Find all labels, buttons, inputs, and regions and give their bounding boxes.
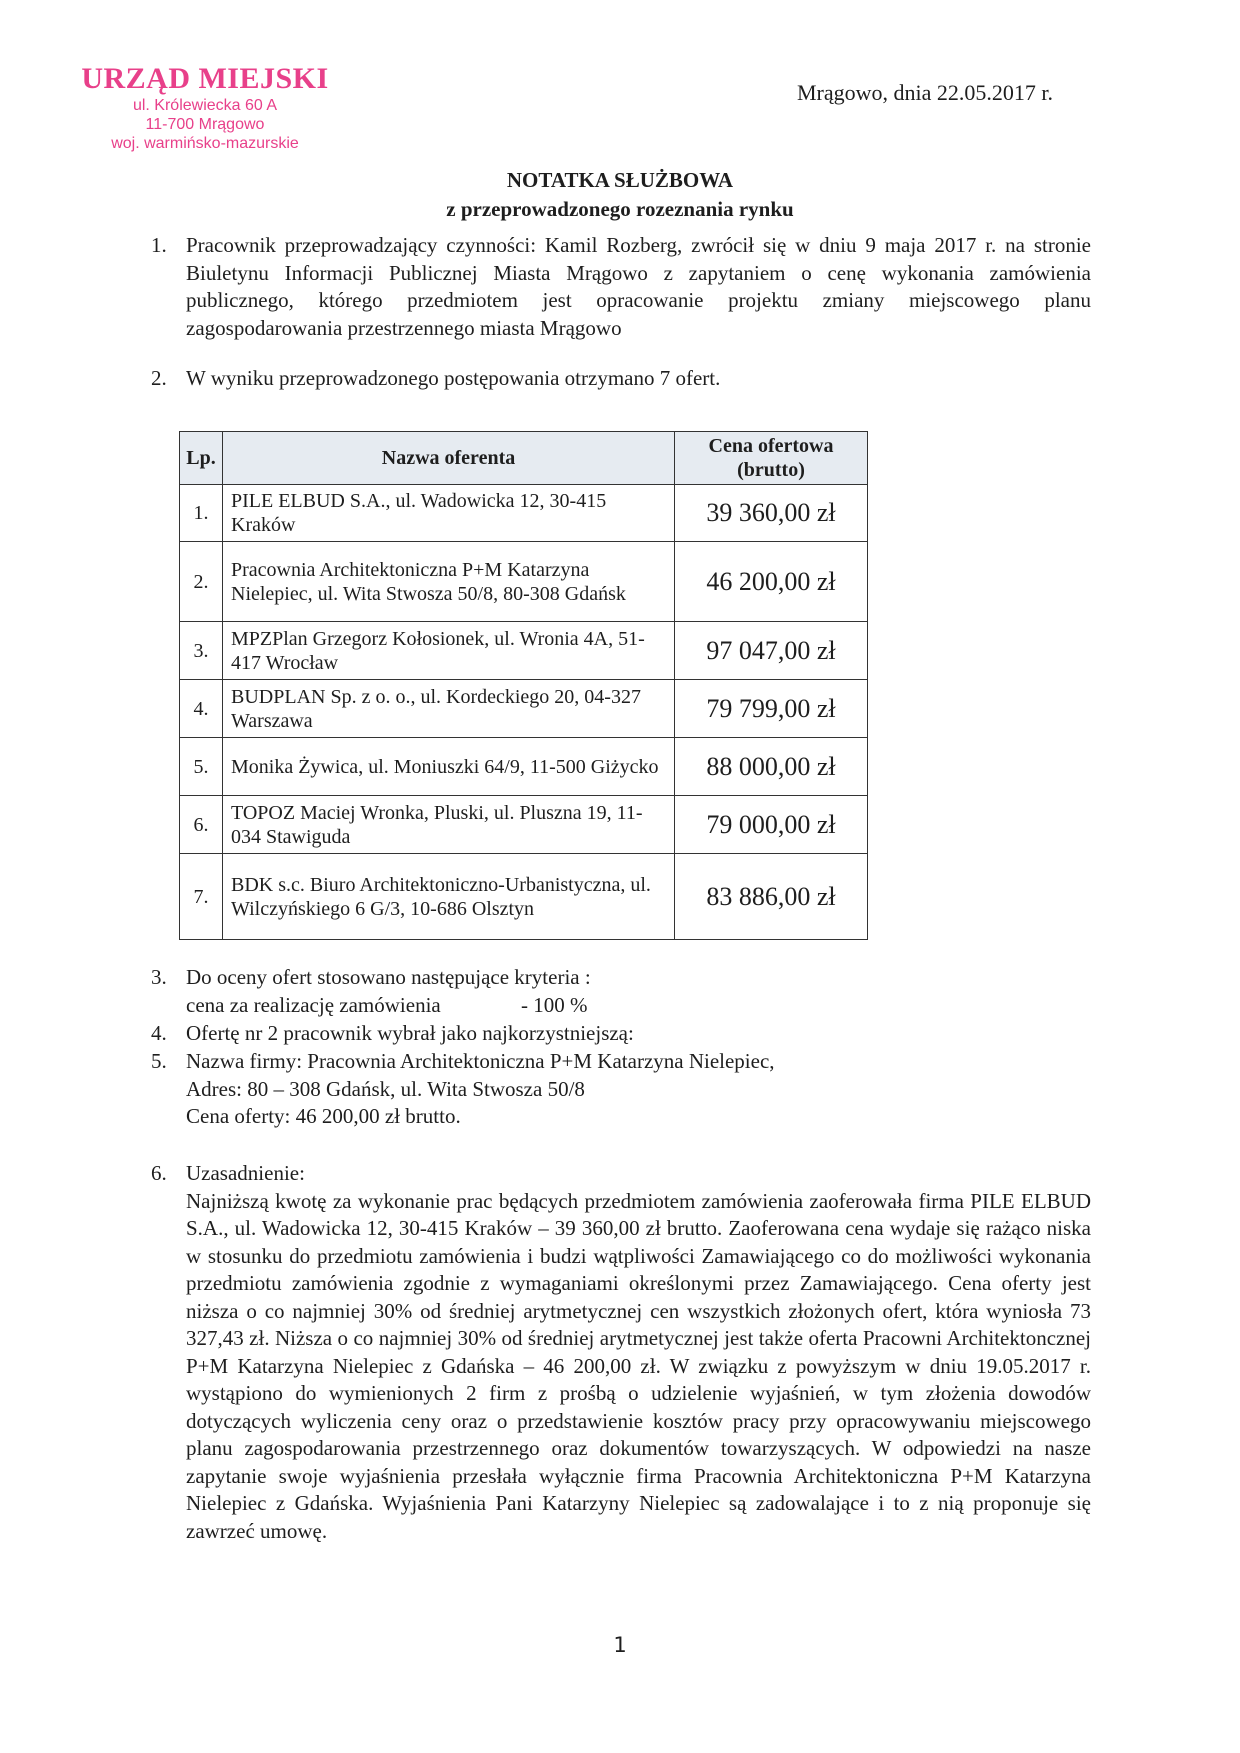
row-name: Monika Żywica, ul. Moniuszki 64/9, 11-50… — [223, 738, 675, 796]
stamp-title: URZĄD MIEJSKI — [70, 62, 340, 96]
row-price: 46 200,00 zł — [675, 542, 868, 622]
row-lp: 2. — [180, 542, 223, 622]
list-item-5: 5. Nazwa firmy: Pracownia Architektonicz… — [151, 1048, 1091, 1131]
row-lp: 4. — [180, 680, 223, 738]
header-lp: Lp. — [180, 432, 223, 485]
page-number: 1 — [0, 1633, 1240, 1657]
row-price: 83 886,00 zł — [675, 854, 868, 940]
row-price: 79 799,00 zł — [675, 680, 868, 738]
row-name: Pracownia Architektoniczna P+M Katarzyna… — [223, 542, 675, 622]
row-name: MPZPlan Grzegorz Kołosionek, ul. Wronia … — [223, 622, 675, 680]
row-lp: 6. — [180, 796, 223, 854]
table-row: 1. PILE ELBUD S.A., ul. Wadowicka 12, 30… — [180, 485, 868, 542]
list-item-6: 6. Uzasadnienie: Najniższą kwotę za wyko… — [151, 1160, 1091, 1545]
row-price: 97 047,00 zł — [675, 622, 868, 680]
justification-text: Najniższą kwotę za wykonanie prac będący… — [186, 1188, 1091, 1546]
selected-price: Cena oferty: 46 200,00 zł brutto. — [186, 1103, 1091, 1131]
row-name: BUDPLAN Sp. z o. o., ul. Kordeckiego 20,… — [223, 680, 675, 738]
row-price: 88 000,00 zł — [675, 738, 868, 796]
item-text: W wyniku przeprowadzonego postępowania o… — [186, 365, 1091, 393]
selected-company: Nazwa firmy: Pracownia Architektoniczna … — [186, 1048, 1091, 1076]
office-stamp: URZĄD MIEJSKI ul. Królewiecka 60 A 11-70… — [70, 62, 340, 153]
stamp-region: woj. warmińsko-mazurskie — [70, 134, 340, 153]
list-item-2: 2. W wyniku przeprowadzonego postępowani… — [151, 365, 1091, 393]
table-header-row: Lp. Nazwa oferenta Cena ofertowa (brutto… — [180, 432, 868, 485]
item-text: Ofertę nr 2 pracownik wybrał jako najkor… — [186, 1020, 1091, 1048]
table-row: 3. MPZPlan Grzegorz Kołosionek, ul. Wron… — [180, 622, 868, 680]
list-item-3: 3. Do oceny ofert stosowano następujące … — [151, 964, 1091, 1019]
item-number: 4. — [151, 1020, 167, 1048]
table-row: 2. Pracownia Architektoniczna P+M Katarz… — [180, 542, 868, 622]
stamp-street: ul. Królewiecka 60 A — [70, 96, 340, 115]
row-lp: 5. — [180, 738, 223, 796]
table-row: 7. BDK s.c. Biuro Architektoniczno-Urban… — [180, 854, 868, 940]
row-price: 39 360,00 zł — [675, 485, 868, 542]
row-name: BDK s.c. Biuro Architektoniczno-Urbanist… — [223, 854, 675, 940]
criterion-row: cena za realizację zamówienia- 100 % — [186, 992, 1091, 1020]
item-number: 5. — [151, 1048, 167, 1076]
stamp-city: 11-700 Mrągowo — [70, 115, 340, 134]
table-row: 4. BUDPLAN Sp. z o. o., ul. Kordeckiego … — [180, 680, 868, 738]
item-number: 3. — [151, 964, 167, 992]
criterion-weight: - 100 % — [521, 993, 588, 1017]
justification-heading: Uzasadnienie: — [186, 1160, 1091, 1188]
row-name: PILE ELBUD S.A., ul. Wadowicka 12, 30-41… — [223, 485, 675, 542]
list-item-4: 4. Ofertę nr 2 pracownik wybrał jako naj… — [151, 1020, 1091, 1048]
offers-table: Lp. Nazwa oferenta Cena ofertowa (brutto… — [179, 431, 868, 940]
document-title: NOTATKA SŁUŻBOWA — [0, 168, 1240, 193]
row-lp: 1. — [180, 485, 223, 542]
row-lp: 7. — [180, 854, 223, 940]
document-subtitle: z przeprowadzonego rozeznania rynku — [0, 197, 1240, 222]
header-name: Nazwa oferenta — [223, 432, 675, 485]
list-item-1: 1. Pracownik przeprowadzający czynności:… — [151, 232, 1091, 342]
selected-address: Adres: 80 – 308 Gdańsk, ul. Wita Stwosza… — [186, 1076, 1091, 1104]
item-text: Pracownik przeprowadzający czynności: Ka… — [186, 232, 1091, 342]
item-number: 6. — [151, 1160, 167, 1188]
item-number: 2. — [151, 365, 167, 393]
item-number: 1. — [151, 232, 167, 260]
item-text: Do oceny ofert stosowano następujące kry… — [186, 964, 1091, 992]
document-date: Mrągowo, dnia 22.05.2017 r. — [797, 80, 1053, 106]
row-price: 79 000,00 zł — [675, 796, 868, 854]
table-row: 5. Monika Żywica, ul. Moniuszki 64/9, 11… — [180, 738, 868, 796]
table-row: 6. TOPOZ Maciej Wronka, Pluski, ul. Plus… — [180, 796, 868, 854]
criterion-name: cena za realizację zamówienia — [186, 992, 521, 1020]
header-price: Cena ofertowa (brutto) — [675, 432, 868, 485]
row-lp: 3. — [180, 622, 223, 680]
row-name: TOPOZ Maciej Wronka, Pluski, ul. Pluszna… — [223, 796, 675, 854]
